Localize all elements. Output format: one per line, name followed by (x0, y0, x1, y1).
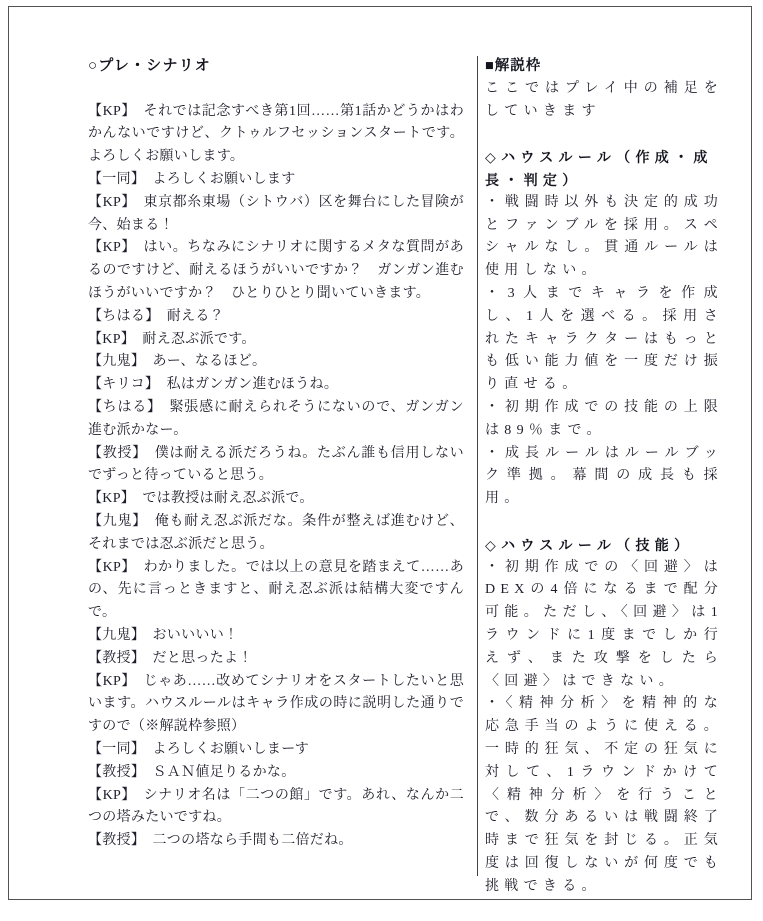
sidebar-rule-item: ・成長ルールはルールブック準拠。幕間の成長も採用。 (485, 443, 723, 511)
dialogue-paragraph: 【ちはる】 耐える？ (88, 306, 464, 329)
dialogue-paragraph: 【KP】 それでは記念すべき第1回……第1話かどうかはわかんないですけど、クトゥ… (88, 101, 464, 169)
dialogue-paragraph: 【KP】 東京都糸東場（シトウバ）区を舞台にした冒険が今、始まる！ (88, 192, 464, 238)
sidebar-section-list: ◇ハウスルール（作成・成長・判定） ・戦闘時以外も決定的成功とファンブルを採用。… (485, 146, 723, 871)
dialogue-paragraph: 【九鬼】 あー、なるほど。 (88, 351, 464, 374)
sidebar-rule-item: ・3人までキャラを作成し、1人を選べる。採用されたキャラクターはもっとも低い能力… (485, 283, 723, 397)
dialogue-paragraph: 【九鬼】 おいいいい！ (88, 625, 464, 648)
sidebar-section-title: ◇ハウスルール（技能） (485, 534, 723, 557)
dialogue-paragraph: 【KP】 じゃあ……改めてシナリオをスタートしたいと思います。ハウスルールはキャ… (88, 671, 464, 739)
main-column: ○プレ・シナリオ 【KP】 それでは記念すべき第1回……第1話かどうかはわかんな… (88, 55, 464, 853)
sidebar-heading: ■解説枠 (485, 55, 723, 78)
dialogue-paragraph: 【教授】 だと思ったよ！ (88, 648, 464, 671)
dialogue-paragraph: 【KP】 わかりました。では以上の意見を踏まえて……あの、先に言っときますと、耐… (88, 557, 464, 625)
sidebar-rule-list: ・戦闘時以外も決定的成功とファンブルを採用。スペシャルなし。貫通ルールは使用しな… (485, 192, 723, 511)
dialogue-paragraph: 【ちはる】 緊張感に耐えられそうにないので、ガンガン進む派かなー。 (88, 397, 464, 443)
dialogue-paragraph: 【一同】 よろしくお願いしまーす (88, 739, 464, 762)
dialogue-paragraph: 【KP】 はい。ちなみにシナリオに関するメタな質問があるのですけど、耐えるほうが… (88, 237, 464, 305)
sidebar-section: ◇ハウスルール（技能） ・初期作成での〈回避〉はDEXの4倍になるまで配分可能。… (485, 534, 723, 871)
dialogue-paragraph: 【KP】 シナリオ名は「二つの館」です。あれ、なんか二つの塔みたいですね。 (88, 785, 464, 831)
main-heading: ○プレ・シナリオ (88, 55, 464, 78)
dialogue-paragraph: 【一同】 よろしくお願いします (88, 169, 464, 192)
sidebar-rule-item: ・初期作成での技能の上限は89％まで。 (485, 397, 723, 443)
sidebar-column: ■解説枠 ここではプレイ中の補足をしていきます ◇ハウスルール（作成・成長・判定… (485, 55, 723, 871)
sidebar-rule-list: ・初期作成での〈回避〉はDEXの4倍になるまで配分可能。ただし、〈回避〉は1ラウ… (485, 557, 723, 871)
dialogue-paragraph: 【KP】 では教授は耐え忍ぶ派で。 (88, 488, 464, 511)
dialogue-paragraph: 【KP】 耐え忍ぶ派です。 (88, 329, 464, 352)
column-divider (477, 56, 478, 871)
dialogue-paragraph: 【キリコ】 私はガンガン進むほうね。 (88, 374, 464, 397)
sidebar-rule-item: ・〈精神分析〉を精神的な応急手当のように使える。一時的狂気、不定の狂気に対して、… (485, 693, 723, 871)
dialogue-paragraph: 【教授】 二つの塔なら手間も二倍だね。 (88, 830, 464, 853)
dialogue-paragraph: 【九鬼】 俺も耐え忍ぶ派だな。条件が整えば進むけど、それまでは忍ぶ派だと思う。 (88, 511, 464, 557)
sidebar-rule-item: ・戦闘時以外も決定的成功とファンブルを採用。スペシャルなし。貫通ルールは使用しな… (485, 192, 723, 283)
dialogue-list: 【KP】 それでは記念すべき第1回……第1話かどうかはわかんないですけど、クトゥ… (88, 101, 464, 853)
document-page: ○プレ・シナリオ 【KP】 それでは記念すべき第1回……第1話かどうかはわかんな… (8, 6, 752, 871)
dialogue-paragraph: 【教授】 僕は耐える派だろうね。たぶん誰も信用しないでずっと待っていると思う。 (88, 443, 464, 489)
sidebar-intro: ここではプレイ中の補足をしていきます (485, 78, 723, 124)
sidebar-rule-item: ・初期作成での〈回避〉はDEXの4倍になるまで配分可能。ただし、〈回避〉は1ラウ… (485, 557, 723, 694)
dialogue-paragraph: 【教授】 ＳＡＮ値足りるかな。 (88, 762, 464, 785)
sidebar-section: ◇ハウスルール（作成・成長・判定） ・戦闘時以外も決定的成功とファンブルを採用。… (485, 146, 723, 511)
sidebar-section-title: ◇ハウスルール（作成・成長・判定） (485, 146, 723, 192)
